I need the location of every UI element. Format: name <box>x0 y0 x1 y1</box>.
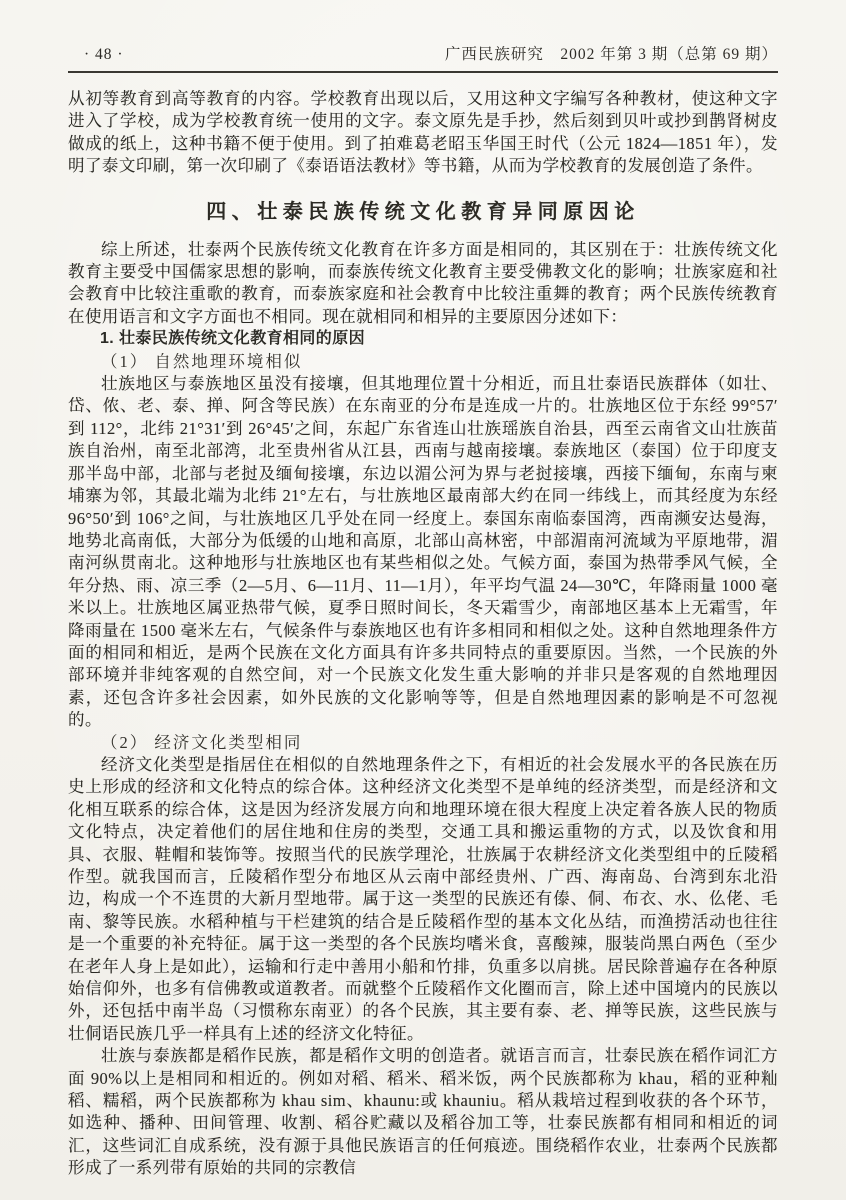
paragraph-rice-culture-vocabulary: 壮族与泰族都是稻作民族，都是稻作文明的创造者。就语言而言，壮泰民族在稻作词汇方面… <box>68 1045 778 1179</box>
article-body: 从初等教育到高等教育的内容。学校教育出现以后，又用这种文字编写各种教材，使这种文… <box>68 88 778 1180</box>
section-heading-four: 四、壮泰民族传统文化教育异同原因论 <box>68 195 778 224</box>
page-number: · 48 · <box>68 46 124 64</box>
journal-issue-line: 广西民族研究 2002 年第 3 期（总第 69 期） <box>445 42 778 64</box>
subheading-1-same-reasons: 1. 壮泰民族传统文化教育相同的原因 <box>68 328 778 350</box>
subheading-1-1-natural-geography: （1） 自然地理环境相似 <box>68 351 778 373</box>
header-rule <box>68 71 778 73</box>
paragraph-continuation-thai-script-education: 从初等教育到高等教育的内容。学校教育出现以后，又用这种文字编写各种教材，使这种文… <box>68 88 778 178</box>
subheading-1-2-economic-culture-type: （2） 经济文化类型相同 <box>68 732 778 754</box>
running-head: · 48 · 广西民族研究 2002 年第 3 期（总第 69 期） <box>68 42 778 64</box>
scanned-journal-page: · 48 · 广西民族研究 2002 年第 3 期（总第 69 期） 从初等教育… <box>0 0 846 1200</box>
paragraph-geography-climate: 壮族地区与泰族地区虽没有接壤，但其地理位置十分相近，而且壮泰语民族群体（如壮、岱… <box>68 373 778 732</box>
paragraph-summary-differences: 综上所述，壮泰两个民族传统文化教育在许多方面是相同的，其区别在于：壮族传统文化教… <box>68 239 778 329</box>
paragraph-economic-culture-type: 经济文化类型是指居住在相似的自然地理条件之下，有相近的社会发展水平的各民族在历史… <box>68 754 778 1045</box>
